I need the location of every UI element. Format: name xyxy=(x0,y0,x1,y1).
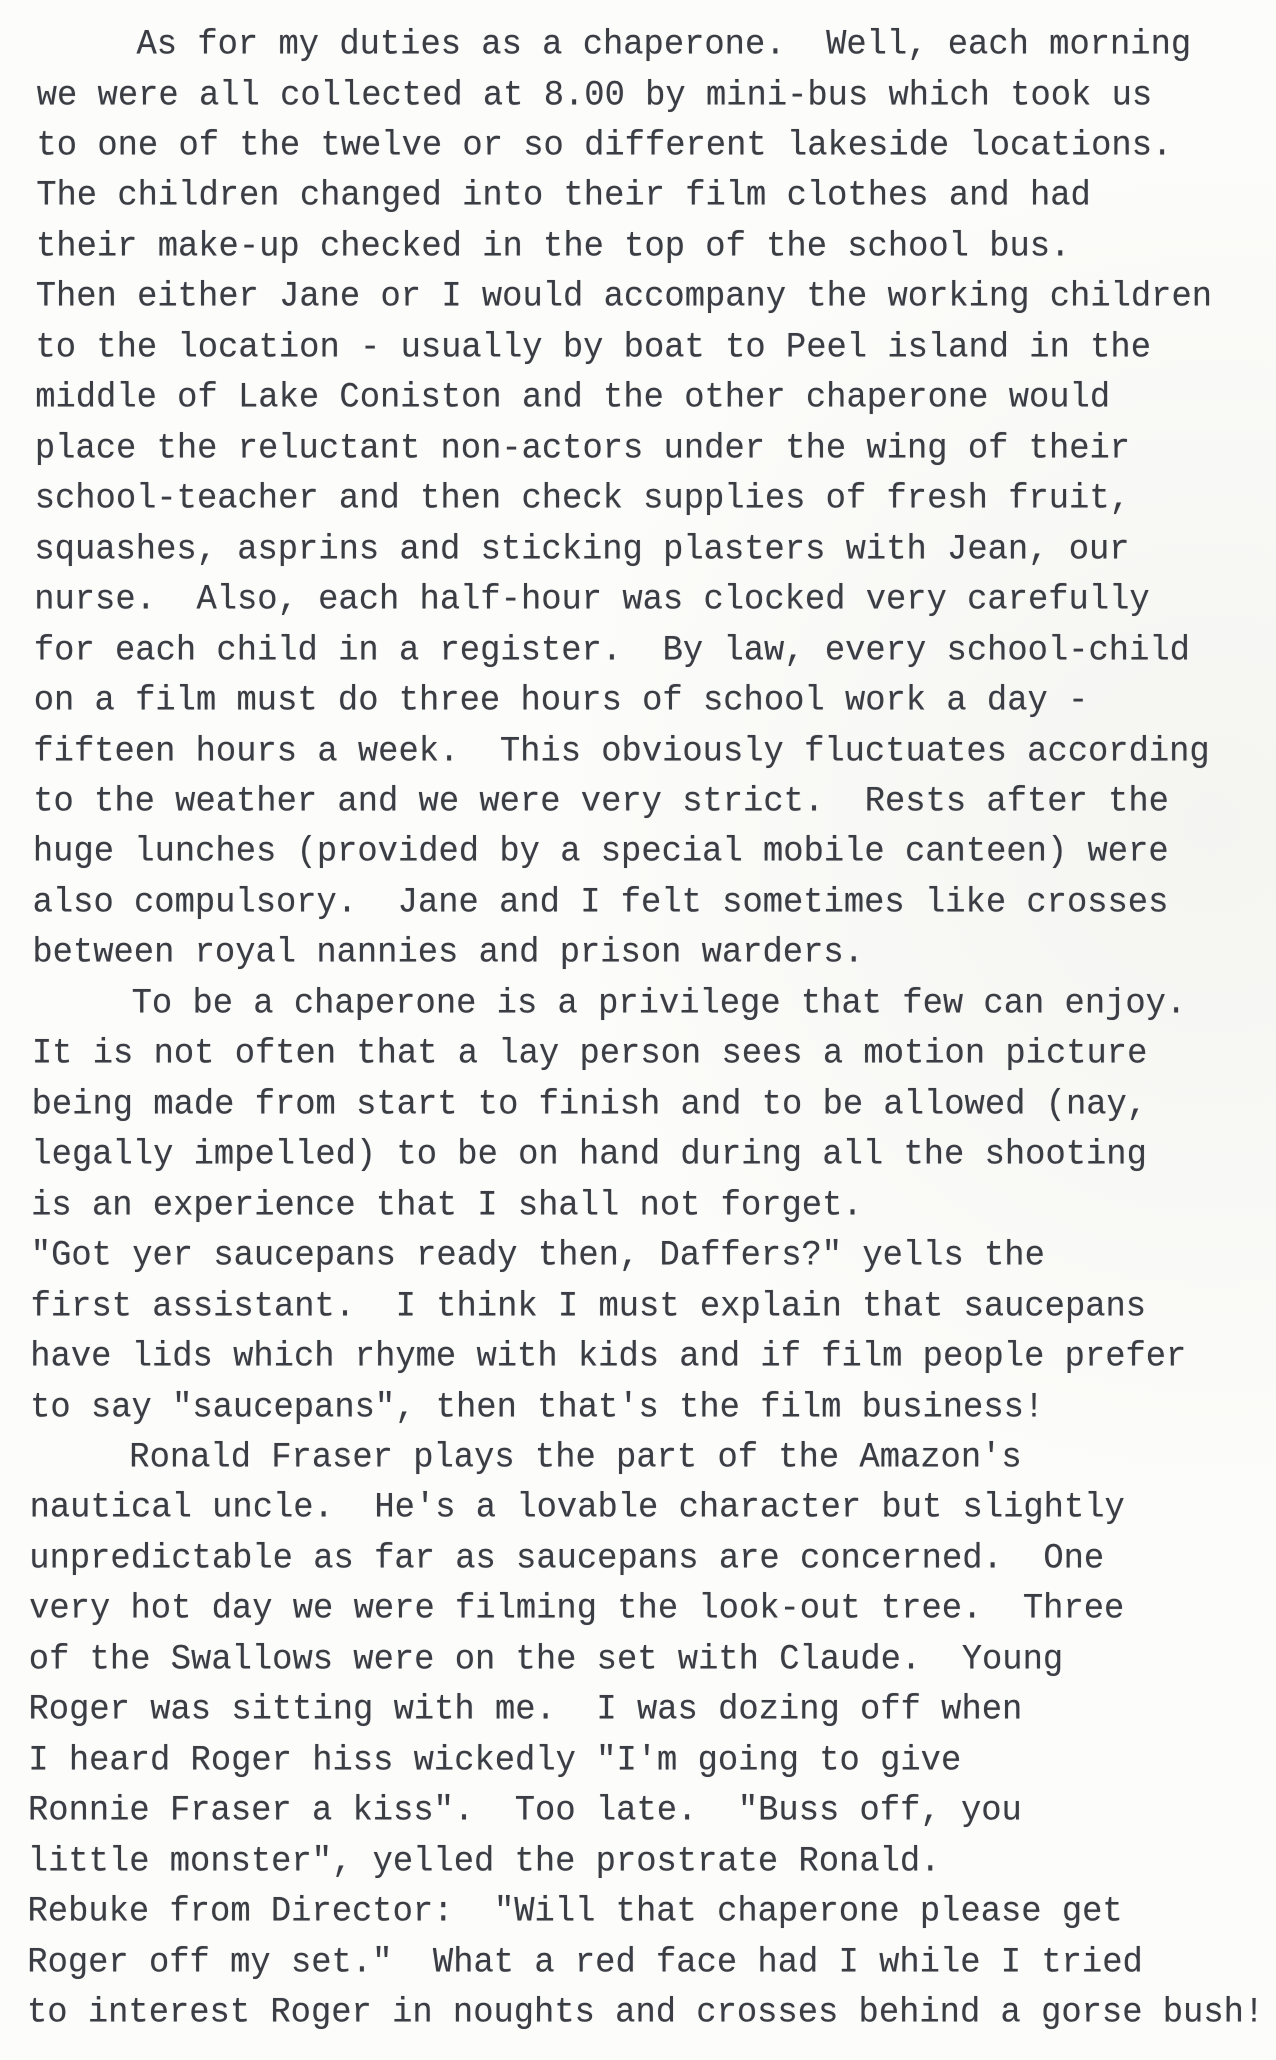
text-line: have lids which rhyme with kids and if f… xyxy=(30,1336,1186,1378)
text-line: fifteen hours a week. This obviously flu… xyxy=(33,731,1209,773)
text-line: The children changed into their film clo… xyxy=(36,175,1091,217)
text-line: is an experience that I shall not forget… xyxy=(31,1185,863,1227)
text-line: first assistant. I think I must explain … xyxy=(31,1286,1146,1328)
text-line: to one of the twelve or so different lak… xyxy=(37,125,1173,167)
text-line: To be a chaperone is a privilege that fe… xyxy=(132,983,1187,1025)
text-line: to interest Roger in noughts and crosses… xyxy=(27,1992,1264,2034)
text-line: very hot day we were filming the look-ou… xyxy=(29,1588,1124,1630)
text-line: to say "saucepans", then that's the film… xyxy=(30,1387,1044,1429)
text-line: place the reluctant non-actors under the… xyxy=(35,428,1130,470)
text-line: we were all collected at 8.00 by mini-bu… xyxy=(37,75,1152,117)
text-line: being made from start to finish and to b… xyxy=(32,1084,1147,1126)
text-line: unpredictable as far as saucepans are co… xyxy=(29,1538,1104,1580)
text-line: nurse. Also, each half-hour was clocked … xyxy=(34,579,1149,621)
text-line: huge lunches (provided by a special mobi… xyxy=(33,831,1169,873)
text-line: I heard Roger hiss wickedly "I'm going t… xyxy=(28,1740,961,1782)
text-line: their make-up checked in the top of the … xyxy=(36,226,1070,268)
text-line: also compulsory. Jane and I felt sometim… xyxy=(33,882,1169,924)
text-line: As for my duties as a chaperone. Well, e… xyxy=(137,24,1192,66)
text-line: "Got yer saucepans ready then, Daffers?"… xyxy=(31,1235,1045,1277)
text-line: It is not often that a lay person sees a… xyxy=(32,1033,1147,1075)
text-line: Rebuke from Director: "Will that chapero… xyxy=(28,1891,1123,1933)
text-line: to the weather and we were very strict. … xyxy=(33,781,1169,823)
text-line: of the Swallows were on the set with Cla… xyxy=(29,1639,1063,1681)
text-line: nautical uncle. He's a lovable character… xyxy=(30,1487,1125,1529)
text-line: Ronald Fraser plays the part of the Amaz… xyxy=(129,1437,1021,1479)
text-line: to the location - usually by boat to Pee… xyxy=(36,327,1151,369)
text-line: for each child in a register. By law, ev… xyxy=(34,630,1190,672)
text-line: middle of Lake Coniston and the other ch… xyxy=(35,377,1110,419)
text-line: between royal nannies and prison warders… xyxy=(32,932,864,974)
text-line: Roger was sitting with me. I was dozing … xyxy=(29,1689,1023,1731)
text-line: little monster", yelled the prostrate Ro… xyxy=(28,1841,941,1883)
text-line: Then either Jane or I would accompany th… xyxy=(36,276,1212,318)
typewritten-page: As for my duties as a chaperone. Well, e… xyxy=(0,0,1276,2060)
text-line: squashes, asprins and sticking plasters … xyxy=(34,529,1129,571)
text-line: Roger off my set." What a red face had I… xyxy=(27,1942,1142,1984)
text-line: on a film must do three hours of school … xyxy=(34,680,1089,722)
text-line: Ronnie Fraser a kiss". Too late. "Buss o… xyxy=(28,1790,1022,1832)
text-line: legally impelled) to be on hand during a… xyxy=(31,1134,1146,1176)
text-line: school-teacher and then check supplies o… xyxy=(35,478,1130,520)
